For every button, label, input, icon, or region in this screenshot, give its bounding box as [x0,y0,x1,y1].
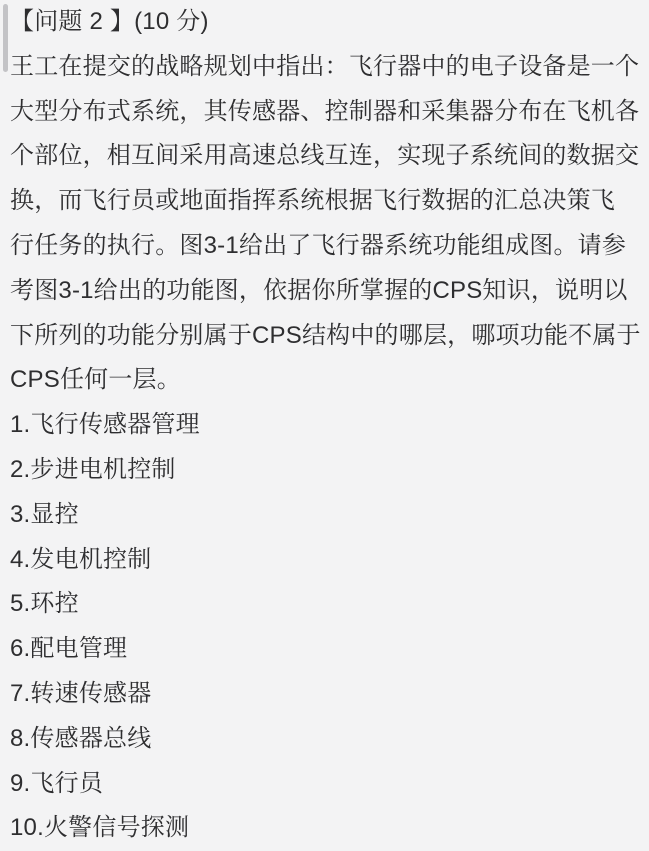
paragraph-line: CPS任何一层。 [10,358,643,403]
list-item: 9.飞行员 [10,762,643,807]
scrollbar-thumb[interactable] [3,4,8,72]
list-item: 3.显控 [10,493,643,538]
paragraph-line: 王工在提交的战略规划中指出：飞行器中的电子设备是一个 [10,45,643,90]
list-item: 7.转速传感器 [10,672,643,717]
paragraph-line: 大型分布式系统，其传感器、控制器和采集器分布在飞机各 [10,90,643,135]
question-paragraph: 王工在提交的战略规划中指出：飞行器中的电子设备是一个大型分布式系统，其传感器、控… [10,45,643,403]
list-item: 1.飞行传感器管理 [10,403,643,448]
paragraph-line: 个部位，相互间采用高速总线互连，实现子系统间的数据交 [10,134,643,179]
list-item: 6.配电管理 [10,627,643,672]
list-item: 5.环控 [10,582,643,627]
paragraph-line: 考图3-1给出的功能图，依据你所掌握的CPS知识，说明以 [10,269,643,314]
list-item: 2.步进电机控制 [10,448,643,493]
function-list: 1.飞行传感器管理2.步进电机控制3.显控4.发电机控制5.环控6.配电管理7.… [10,403,643,851]
paragraph-line: 下所列的功能分别属于CPS结构中的哪层，哪项功能不属于 [10,314,643,359]
list-item: 10.火警信号探测 [10,806,643,851]
paragraph-line: 行任务的执行。图3-1给出了飞行器系统功能组成图。请参 [10,224,643,269]
list-item: 8.传感器总线 [10,717,643,762]
question-title: 【问题 2 】(10 分) [10,0,643,45]
list-item: 4.发电机控制 [10,538,643,583]
question-content: 【问题 2 】(10 分) 王工在提交的战略规划中指出：飞行器中的电子设备是一个… [10,0,643,851]
question-page: 【问题 2 】(10 分) 王工在提交的战略规划中指出：飞行器中的电子设备是一个… [0,0,649,851]
paragraph-line: 换，而飞行员或地面指挥系统根据飞行数据的汇总决策飞 [10,179,643,224]
